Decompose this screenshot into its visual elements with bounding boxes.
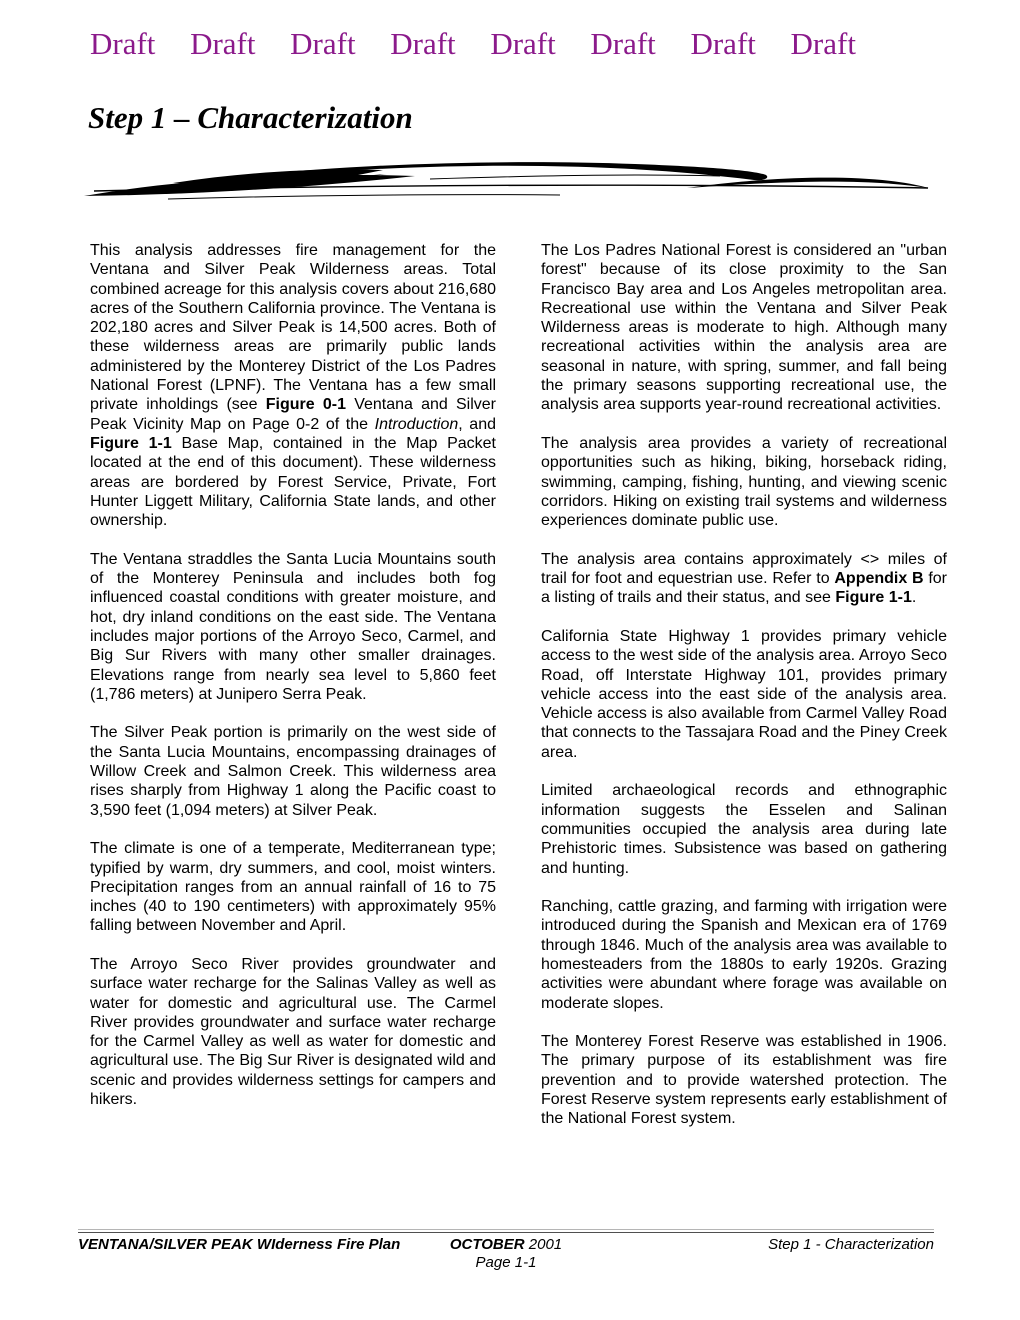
body-columns: This analysis addresses fire management … xyxy=(90,241,947,1129)
paragraph: The climate is one of a temperate, Medit… xyxy=(90,839,496,935)
paragraph: Limited archaeological records and ethno… xyxy=(541,781,947,877)
paragraph: The Arroyo Seco River provides groundwat… xyxy=(90,955,496,1109)
document-page: DraftDraftDraftDraftDraftDraftDraftDraft… xyxy=(0,0,1020,1320)
right-column: The Los Padres National Forest is consid… xyxy=(541,241,947,1129)
paragraph: This analysis addresses fire management … xyxy=(90,241,496,530)
page-footer: VENTANA/SILVER PEAK WIderness Fire Plan … xyxy=(78,1229,934,1272)
paragraph: The analysis area provides a variety of … xyxy=(541,434,947,530)
divider-swoosh-graphic xyxy=(80,157,960,213)
draft-watermark: Draft xyxy=(390,27,455,61)
paragraph: The Los Padres National Forest is consid… xyxy=(541,241,947,415)
draft-watermark: Draft xyxy=(190,27,255,61)
footer-date-month: OCTOBER xyxy=(450,1236,525,1253)
footer-date-year: 2001 xyxy=(529,1236,562,1253)
paragraph: The Silver Peak portion is primarily on … xyxy=(90,723,496,819)
draft-watermark: Draft xyxy=(590,27,655,61)
paragraph: The Ventana straddles the Santa Lucia Mo… xyxy=(90,550,496,704)
draft-watermark: Draft xyxy=(290,27,355,61)
footer-plan-title: VENTANA/SILVER PEAK WIderness Fire Plan xyxy=(78,1236,420,1254)
paragraph: The Monterey Forest Reserve was establis… xyxy=(541,1032,947,1128)
paragraph: Ranching, cattle grazing, and farming wi… xyxy=(541,897,947,1013)
draft-watermark: Draft xyxy=(490,27,555,61)
paragraph: The analysis area contains approximately… xyxy=(541,550,947,608)
paragraph: California State Highway 1 provides prim… xyxy=(541,627,947,762)
footer-center: OCTOBER 2001 Page 1-1 xyxy=(420,1236,592,1272)
page-title: Step 1 – Characterization xyxy=(88,99,413,137)
swoosh-icon xyxy=(80,157,960,213)
draft-watermark: Draft xyxy=(791,27,856,61)
footer-page-number: Page 1-1 xyxy=(420,1254,592,1272)
left-column: This analysis addresses fire management … xyxy=(90,241,496,1129)
footer-section-label: Step 1 - Characterization xyxy=(592,1236,934,1254)
draft-watermark: Draft xyxy=(690,27,755,61)
draft-watermark: Draft xyxy=(90,27,155,61)
draft-watermark-row: DraftDraftDraftDraftDraftDraftDraftDraft xyxy=(90,27,856,61)
